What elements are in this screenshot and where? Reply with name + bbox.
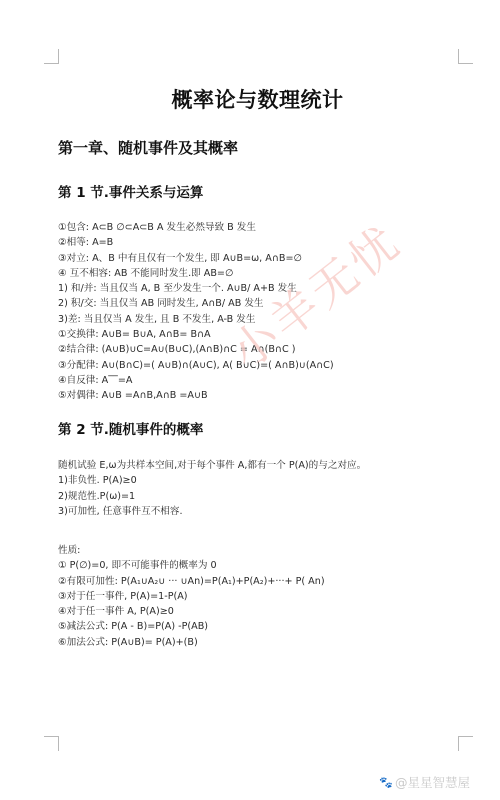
author-credit-text: @星星智慧屋 (395, 773, 470, 791)
text-line: 3)差: 当且仅当 A 发生, 且 B 不发生, A-B 发生 (58, 312, 334, 327)
text-line: ①交换律: A∪B= B∪A, A∩B= B∩A (58, 327, 334, 342)
property-line: ⑤减法公式: P(A - B)=P(A) -P(AB) (58, 619, 325, 634)
text-line: ④ 互不相容: AB 不能同时发生.即 AB=∅ (58, 266, 334, 281)
paw-icon: 🐾 (379, 776, 393, 789)
chapter-heading: 第一章、随机事件及其概率 (58, 137, 238, 158)
property-line: ⑥加法公式: P(A∪B)= P(A)+(B) (58, 635, 325, 650)
page-corner-mark-top-right (458, 49, 473, 64)
section-1-content: ①包含: A⊂B ∅⊂A⊂B A 发生必然导致 B 发生 ②相等: A=B ③对… (58, 220, 334, 404)
property-line: ②有限可加性: P(A₁∪A₂∪ ··· ∪An)=P(A₁)+P(A₂)+··… (58, 574, 325, 589)
text-line: ②相等: A=B (58, 235, 334, 250)
text-line: ④自反律: A‾‾=A (58, 373, 334, 388)
property-line: ④对于任一事件 A, P(A)≥0 (58, 604, 325, 619)
section-2-axioms: 随机试验 E,ω为共样本空间,对于每个事件 A,都有一个 P(A)的与之对应。 … (58, 458, 366, 519)
page-corner-mark-top-left (44, 49, 59, 64)
document-title: 概率论与数理统计 (0, 84, 500, 114)
text-line: ①包含: A⊂B ∅⊂A⊂B A 发生必然导致 B 发生 (58, 220, 334, 235)
properties-label: 性质: (58, 543, 325, 558)
text-line: 2)规范性.P(ω)=1 (58, 489, 366, 504)
property-line: ① P(∅)=0, 即不可能事件的概率为 0 (58, 558, 325, 573)
text-line: ②结合律: (A∪B)∪C=A∪(B∪C),(A∩B)∩C = A∩(B∩C ) (58, 342, 334, 357)
text-line: ③对立: A、B 中有且仅有一个发生, 即 A∪B=ω, A∩B=∅ (58, 251, 334, 266)
page-corner-mark-bottom-right (458, 736, 473, 751)
text-line: ③分配律: A∪(B∩C)=( A∪B)∩(A∪C), A( B∪C)=( A∩… (58, 358, 334, 373)
property-line: ③对于任一事件, P(A)=1-P(A) (58, 589, 325, 604)
text-line: 1)非负性. P(A)≥0 (58, 473, 366, 488)
text-line: 3)可加性, 任意事件互不相容. (58, 504, 366, 519)
text-line: 2) 积/交: 当且仅当 AB 同时发生, A∩B/ AB 发生 (58, 296, 334, 311)
section-2-properties: 性质: ① P(∅)=0, 即不可能事件的概率为 0 ②有限可加性: P(A₁∪… (58, 543, 325, 650)
text-line: ⑤对偶律: A∪B =A∩B,A∩B =A∪B (58, 388, 334, 403)
page-corner-mark-bottom-left (44, 736, 59, 751)
text-line: 1) 和/并: 当且仅当 A, B 至少发生一个. A∪B/ A+B 发生 (58, 281, 334, 296)
text-line: 随机试验 E,ω为共样本空间,对于每个事件 A,都有一个 P(A)的与之对应。 (58, 458, 366, 473)
section-2-heading: 第 2 节.随机事件的概率 (58, 418, 203, 438)
author-credit: 🐾 @星星智慧屋 (379, 773, 470, 791)
section-1-heading: 第 1 节.事件关系与运算 (58, 181, 203, 201)
